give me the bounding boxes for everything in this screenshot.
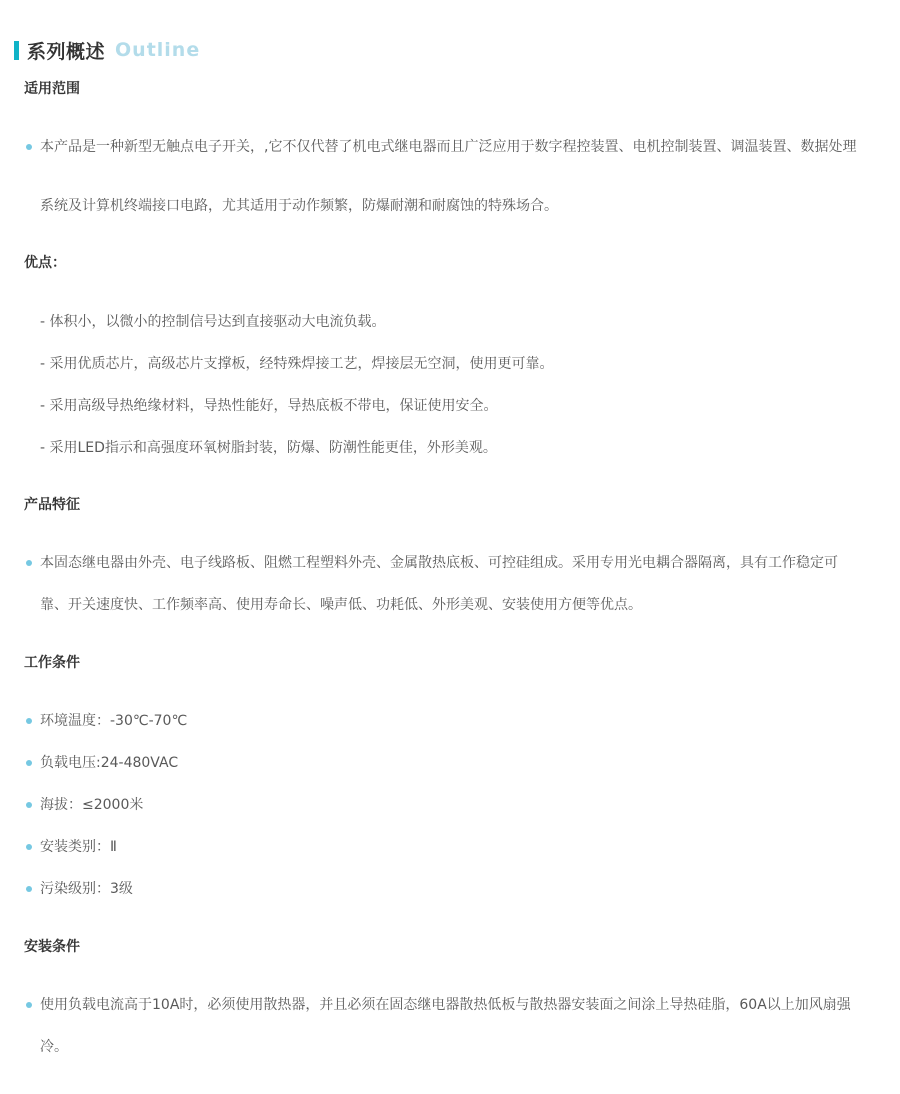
section-heading-scope: 适用范围 bbox=[24, 79, 860, 99]
scope-paragraph: 本产品是一种新型无触点电子开关，,它不仅代替了机电式继电器而且广泛应用于数字程控… bbox=[24, 118, 861, 236]
working-condition-item: 污染级别：3级 bbox=[24, 879, 860, 899]
installation-paragraph: 使用负载电流高于10A时，必须使用散热器，并且必须在固态继电器散热低板与散热器安… bbox=[24, 984, 861, 1068]
working-condition-item: 海拔：≤2000米 bbox=[24, 795, 860, 815]
section-heading-working-conditions: 工作条件 bbox=[24, 653, 860, 673]
advantage-item: - 采用LED指示和高强度环氧树脂封装，防爆、防潮性能更佳，外形美观。 bbox=[40, 438, 860, 458]
title-accent-bar bbox=[14, 41, 19, 60]
section-heading-advantages: 优点： bbox=[24, 253, 860, 273]
page-title: 系列概述 Outline bbox=[14, 38, 860, 62]
working-condition-item: 安装类别：Ⅱ bbox=[24, 837, 860, 857]
advantage-item: - 采用高级导热绝缘材料，导热性能好，导热底板不带电，保证使用安全。 bbox=[40, 396, 860, 416]
page-title-en: Outline bbox=[115, 39, 200, 61]
section-heading-features: 产品特征 bbox=[24, 495, 860, 515]
advantage-item: - 体积小，以微小的控制信号达到直接驱动大电流负载。 bbox=[40, 312, 860, 332]
advantage-item: - 采用优质芯片，高级芯片支撑板，经特殊焊接工艺，焊接层无空洞，使用更可靠。 bbox=[40, 354, 860, 374]
features-paragraph: 本固态继电器由外壳、电子线路板、阻燃工程塑料外壳、金属散热底板、可控硅组成。采用… bbox=[24, 542, 861, 626]
working-condition-item: 负载电压:24-480VAC bbox=[24, 753, 860, 773]
product-outline-page: 系列概述 Outline 适用范围 本产品是一种新型无触点电子开关，,它不仅代替… bbox=[0, 0, 900, 1094]
section-heading-installation: 安装条件 bbox=[24, 937, 860, 957]
working-condition-item: 环境温度：-30℃-70℃ bbox=[24, 711, 860, 731]
page-title-zh: 系列概述 bbox=[27, 37, 105, 64]
